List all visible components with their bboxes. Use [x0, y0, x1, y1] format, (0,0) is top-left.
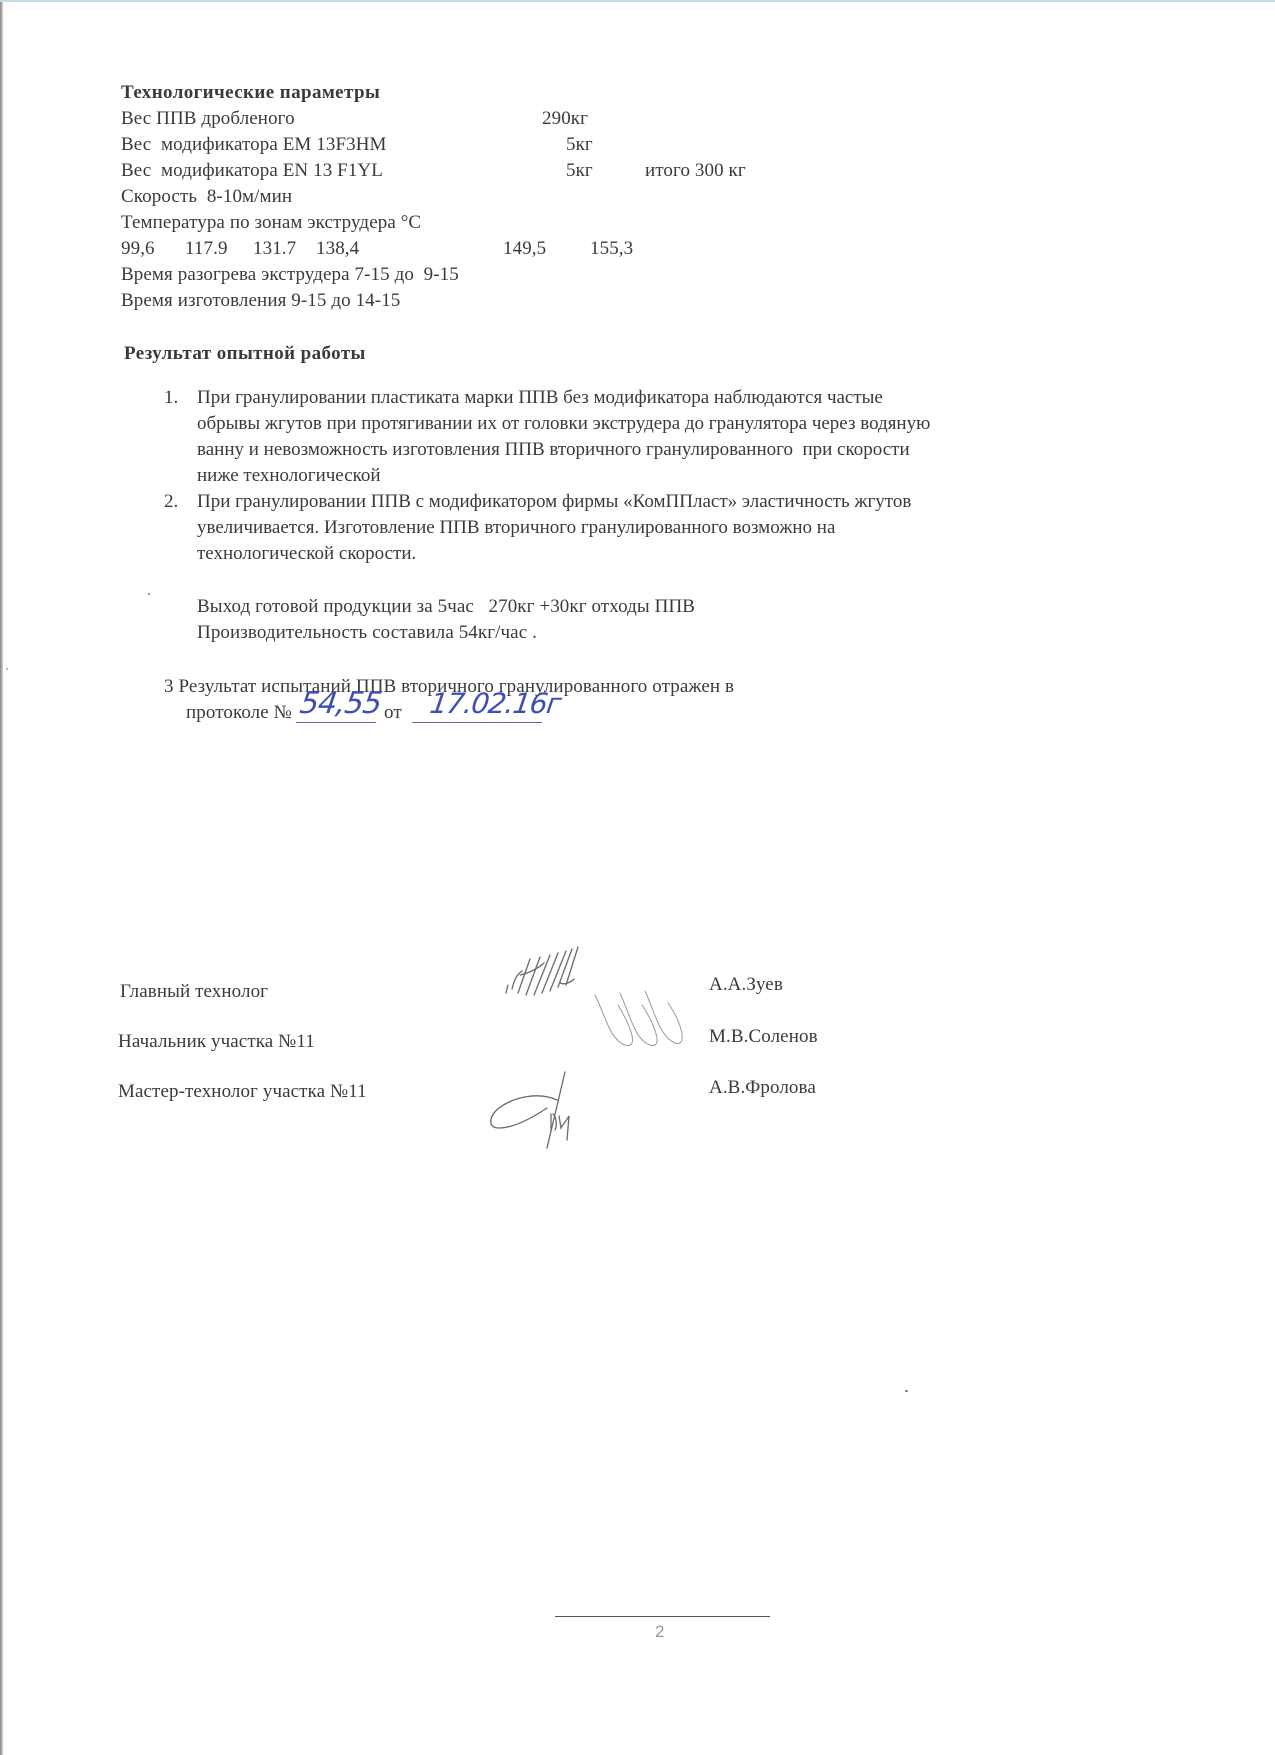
signatory-role: Мастер-технолог участка №11: [118, 1081, 367, 1103]
from-label: от: [384, 702, 402, 724]
footer-rule: [555, 1616, 770, 1617]
signatory-name: А.В.Фролова: [709, 1077, 816, 1099]
list-line: увеличивается. Изготовление ППВ вторично…: [197, 515, 835, 542]
list-line: При гранулировании пластиката марки ППВ …: [197, 385, 883, 412]
scan-edge: [0, 0, 3, 1755]
speed-line: Скорость 8-10м/мин: [121, 186, 292, 208]
production-time: Время изготовления 9-15 до 14-15: [121, 290, 400, 312]
list-number: 2.: [164, 489, 178, 516]
param-label: Вес ППВ дробленого: [121, 108, 295, 130]
param-label: Вес модификатора EM 13F3HM: [121, 134, 387, 156]
signatory-name: М.В.Соленов: [709, 1026, 818, 1048]
param-value: 5кг: [566, 134, 593, 156]
list-line: ниже технологической: [197, 463, 381, 490]
productivity-line: Производительность составила 54кг/час .: [197, 622, 537, 644]
signatory-name: А.А.Зуев: [709, 974, 783, 996]
handwritten-protocol-number: 54,55: [298, 689, 383, 719]
tech-params-heading: Технологические параметры: [121, 82, 380, 104]
signature-zuev-icon: [500, 945, 700, 1065]
param-label: Вес модификатора EN 13 F1YL: [121, 160, 383, 182]
param-total: итого 300 кг: [645, 160, 746, 182]
list-line: ванну и невозможность изготовления ППВ в…: [197, 437, 910, 464]
scan-speck: [148, 593, 150, 595]
handwritten-date: 17.02.16г: [428, 689, 563, 719]
list-number: 1.: [164, 385, 178, 412]
results-heading: Результат опытной работы: [124, 343, 366, 365]
date-underline: [412, 722, 542, 723]
result-item: 2. При гранулировании ППВ с модификаторо…: [164, 489, 1154, 574]
protocol-underline: [296, 722, 376, 723]
signatory-role: Главный технолог: [120, 981, 268, 1003]
temp-zone-value: 149,5: [503, 238, 546, 260]
result-item: 1. При гранулировании пластиката марки П…: [164, 385, 1154, 495]
temp-zone-value: 117.9: [185, 238, 228, 260]
list-line: При гранулировании ППВ с модификатором ф…: [197, 489, 911, 516]
heatup-time: Время разогрева экструдера 7-15 до 9-15: [121, 264, 459, 286]
scan-speck: [905, 1390, 908, 1392]
param-value: 290кг: [542, 108, 588, 130]
temp-zone-value: 155,3: [590, 238, 633, 260]
temp-zone-value: 99,6: [121, 238, 155, 260]
temp-zone-value: 131.7: [253, 238, 296, 260]
signature-frolova-icon: [485, 1070, 595, 1150]
list-line: технологической скорости.: [197, 541, 416, 568]
list-line: обрывы жгутов при протягивании их от гол…: [197, 411, 930, 438]
temp-zone-value: 138,4: [316, 238, 359, 260]
protocol-label: протоколе №: [186, 702, 292, 724]
page-number: 2: [655, 1622, 664, 1642]
scan-speck: [6, 668, 8, 670]
scan-edge-top: [0, 0, 1275, 2]
temperature-label: Температура по зонам экструдера °С: [121, 212, 421, 234]
param-value: 5кг: [566, 160, 593, 182]
signatory-role: Начальник участка №11: [118, 1031, 315, 1053]
output-line: Выход готовой продукции за 5час 270кг +3…: [197, 596, 695, 618]
